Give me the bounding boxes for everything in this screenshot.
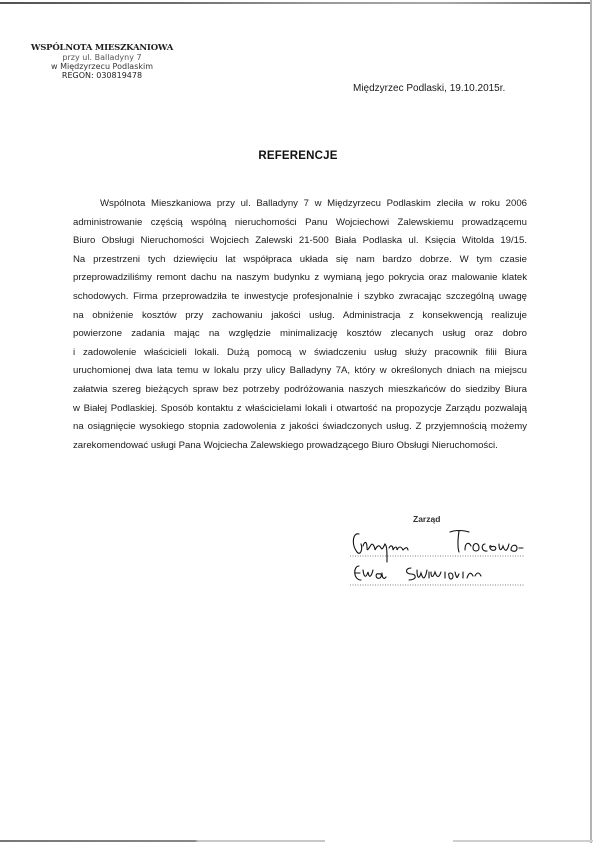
letter-body: Wspólnota Mieszkaniowa przy ul. Balladyn… (73, 195, 527, 455)
signature-block: Zarząd (345, 510, 535, 590)
signature-swiniarska (407, 568, 482, 580)
body-line: na osiągnięcie wysokiego stopnia zadowol… (73, 418, 527, 437)
stamp-regon: REGON: 030819478 (22, 71, 182, 80)
body-line: przeprowadziliśmy remont dachu na naszym… (73, 269, 527, 288)
scan-edge-bottom-right (453, 840, 593, 842)
place-and-date: Międzyrzec Podlaski, 19.10.2015r. (353, 83, 505, 94)
body-line: powierzone zadania mając na względzie mi… (73, 325, 527, 344)
scan-edge-right (590, 0, 592, 843)
body-line: Na przestrzeni tych dziewięciu lat współ… (73, 251, 527, 270)
handwritten-signatures (345, 510, 535, 590)
stamp-address-line-2: w Międzyrzecu Podlaskim (22, 62, 182, 71)
body-line: Wspólnota Mieszkaniowa przy ul. Balladyn… (73, 195, 527, 214)
body-line: schodowych. Firma przeprowadziła te inwe… (73, 288, 527, 307)
body-line: w Białej Podlaskiej. Sposób kontaktu z w… (73, 400, 527, 419)
signature-grazyna (353, 534, 408, 562)
body-line: administrowanie częścią wspólną nierucho… (73, 214, 527, 233)
signature-ewa (355, 566, 386, 580)
body-line: uruchomionej dwa lata temu w lokalu przy… (73, 362, 527, 381)
body-line: załatwia szereg bieżących spraw bez potr… (73, 381, 527, 400)
body-line: na obniżenie kosztów przy zachowaniu jak… (73, 307, 527, 326)
body-line: i zadowolenie właścicieli lokali. Dużą p… (73, 344, 527, 363)
scan-edge-top (0, 2, 590, 4)
document-title: REFERENCJE (0, 150, 596, 162)
body-line: Biuro Obsługi Nieruchomości Wojciech Zal… (73, 232, 527, 251)
scan-edge-bottom (0, 840, 325, 842)
signature-trocewicz (450, 531, 523, 553)
organization-stamp: WSPÓLNOTA MIESZKANIOWA przy ul. Balladyn… (22, 44, 182, 80)
stamp-organization: WSPÓLNOTA MIESZKANIOWA (22, 44, 182, 53)
body-line: zarekomendować usługi Pana Wojciecha Zal… (73, 437, 527, 456)
stamp-address-line-1: przy ul. Balladyny 7 (22, 53, 182, 62)
